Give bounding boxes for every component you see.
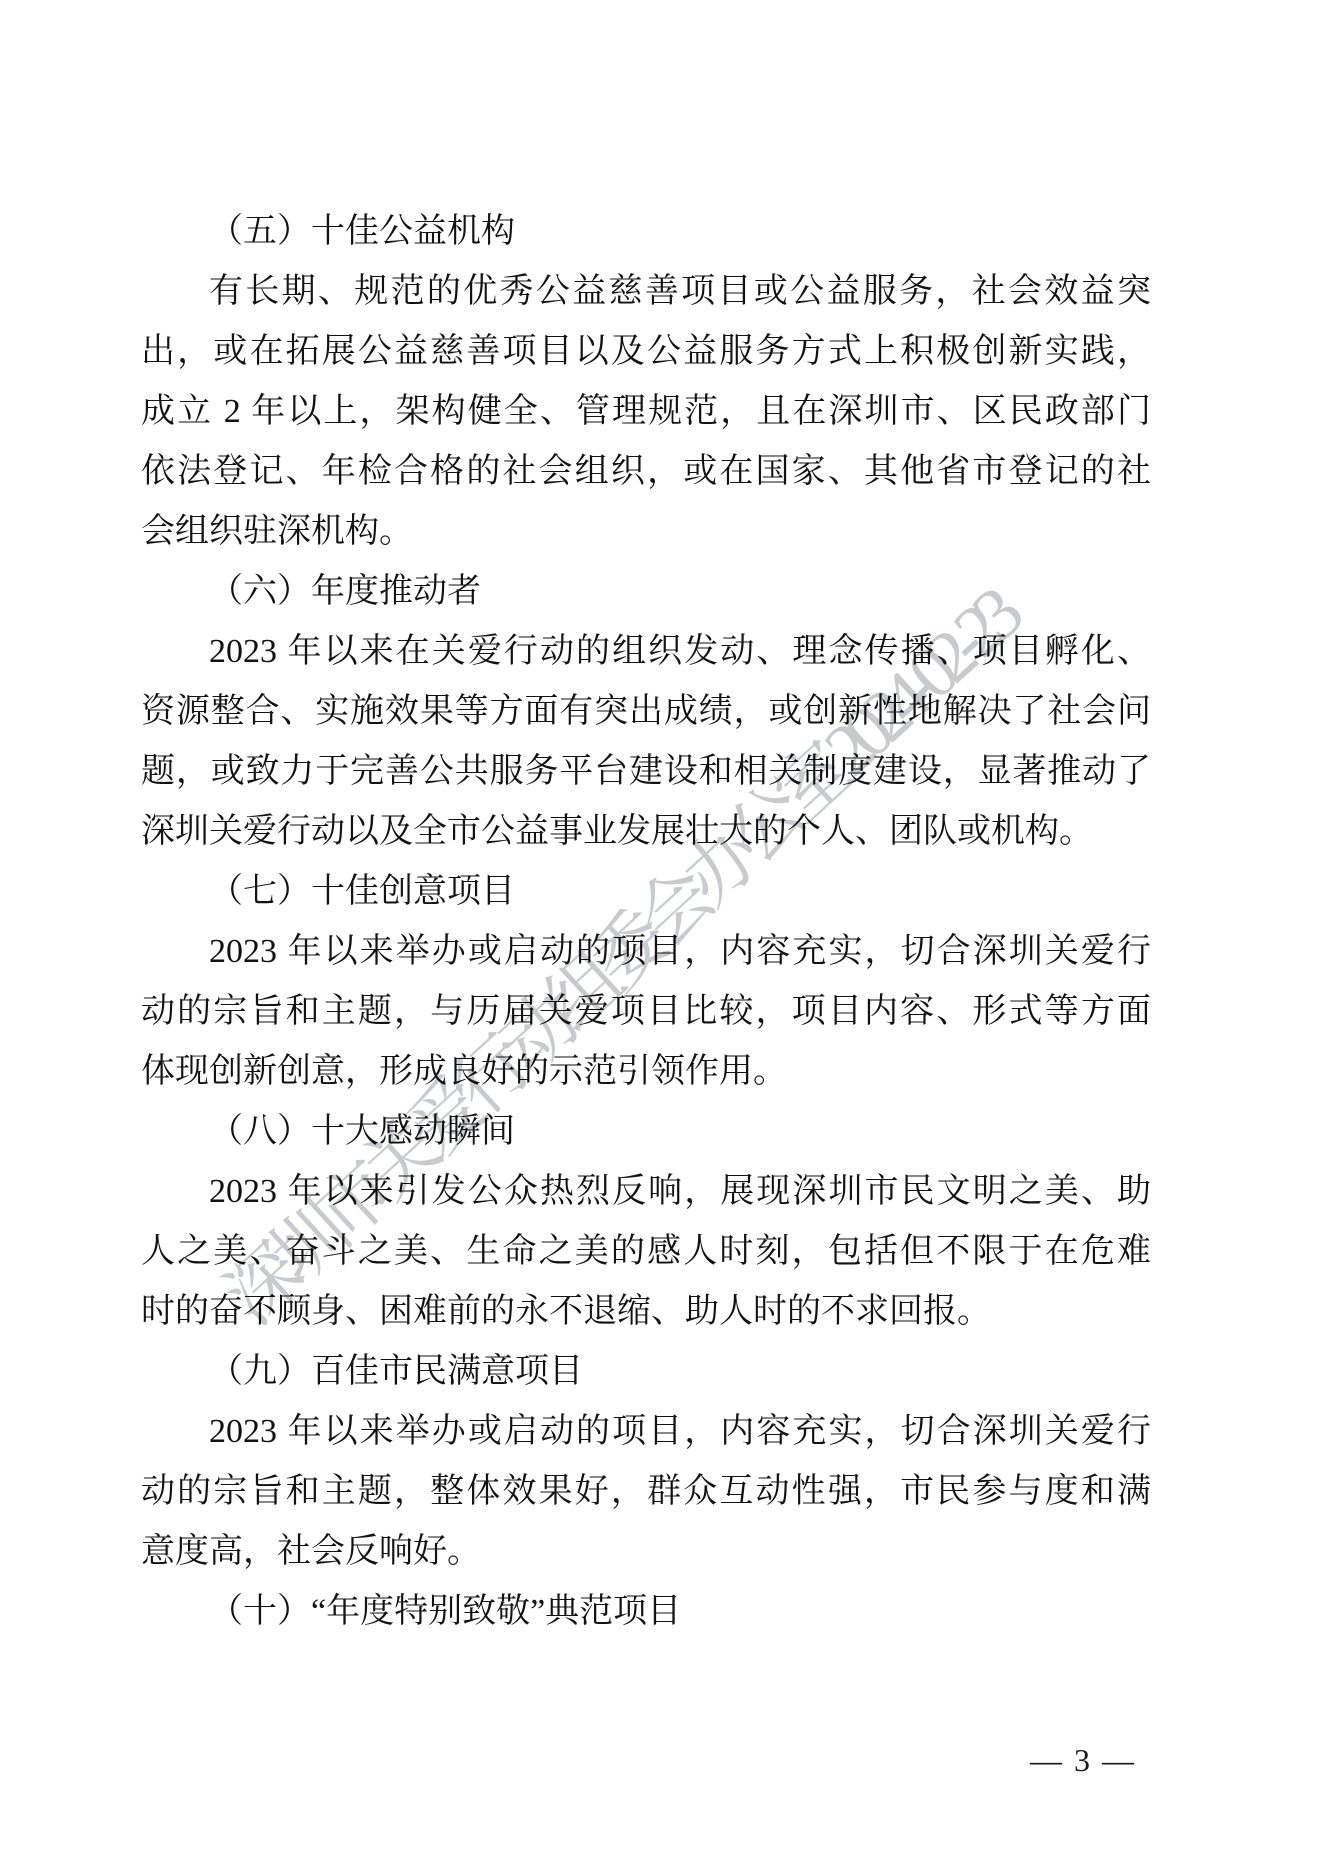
- text-line: 意度高，社会反响好。: [141, 1522, 1151, 1582]
- text-line: 依法登记、年检合格的社会组织，或在国家、其他省市登记的社: [141, 442, 1151, 502]
- page-number: — 3 —: [1008, 1738, 1158, 1782]
- text-line: （八）十大感动瞬间: [141, 1102, 1151, 1162]
- text-line: 2023 年以来引发公众热烈反响，展现深圳市民文明之美、助: [141, 1162, 1151, 1222]
- text-line: 成立 2 年以上，架构健全、管理规范，且在深圳市、区民政部门: [141, 382, 1151, 442]
- text-line: 时的奋不顾身、困难前的永不退缩、助人时的不求回报。: [141, 1282, 1151, 1342]
- text-line: 2023 年以来举办或启动的项目，内容充实，切合深圳关爱行: [141, 922, 1151, 982]
- text-line: （七）十佳创意项目: [141, 862, 1151, 922]
- document-page: 深圳市关爱行动组委会办公室 2024-02-23 （五）十佳公益机构有长期、规范…: [0, 0, 1323, 1871]
- text-line: 资源整合、实施效果等方面有突出成绩，或创新性地解决了社会问: [141, 682, 1151, 742]
- text-line: 人之美、奋斗之美、生命之美的感人时刻，包括但不限于在危难: [141, 1222, 1151, 1282]
- text-line: 动的宗旨和主题，与历届关爱项目比较，项目内容、形式等方面: [141, 982, 1151, 1042]
- document-body: （五）十佳公益机构有长期、规范的优秀公益慈善项目或公益服务，社会效益突出，或在拓…: [141, 202, 1151, 1642]
- text-line: （十）“年度特别致敬”典范项目: [141, 1582, 1151, 1642]
- text-line: 2023 年以来举办或启动的项目，内容充实，切合深圳关爱行: [141, 1402, 1151, 1462]
- text-line: （五）十佳公益机构: [141, 202, 1151, 262]
- text-line: （六）年度推动者: [141, 562, 1151, 622]
- text-line: 题，或致力于完善公共服务平台建设和相关制度建设，显著推动了: [141, 742, 1151, 802]
- text-line: 有长期、规范的优秀公益慈善项目或公益服务，社会效益突: [141, 262, 1151, 322]
- text-line: 深圳关爱行动以及全市公益事业发展壮大的个人、团队或机构。: [141, 802, 1151, 862]
- text-line: 会组织驻深机构。: [141, 502, 1151, 562]
- text-line: （九）百佳市民满意项目: [141, 1342, 1151, 1402]
- text-line: 体现创新创意，形成良好的示范引领作用。: [141, 1042, 1151, 1102]
- text-line: 2023 年以来在关爱行动的组织发动、理念传播、项目孵化、: [141, 622, 1151, 682]
- text-line: 动的宗旨和主题，整体效果好，群众互动性强，市民参与度和满: [141, 1462, 1151, 1522]
- text-line: 出，或在拓展公益慈善项目以及公益服务方式上积极创新实践，: [141, 322, 1151, 382]
